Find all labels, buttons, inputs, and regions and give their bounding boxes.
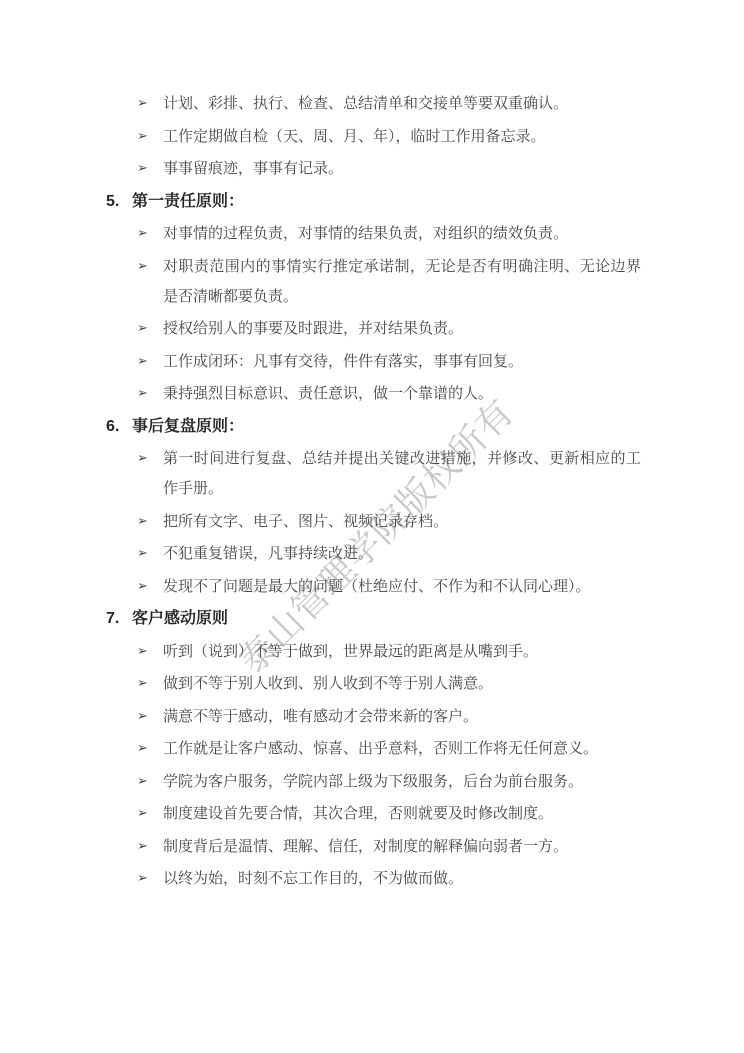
arrow-bullet-icon: ➢ xyxy=(137,734,148,764)
list-item-text: 对职责范围内的事情实行推定承诺制，无论是否有明确注明、无论边界是否清晰都要负责。 xyxy=(163,259,641,305)
list-item-text: 授权给别人的事要及时跟进，并对结果负责。 xyxy=(163,321,463,337)
arrow-bullet-icon: ➢ xyxy=(137,864,148,894)
arrow-bullet-icon: ➢ xyxy=(137,767,148,797)
list-item: ➢满意不等于感动，唯有感动才会带来新的客户。 xyxy=(106,702,641,732)
section-heading: 7.客户感动原则 xyxy=(106,604,641,634)
list-item: ➢事事留痕迹，事事有记录。 xyxy=(106,154,641,184)
arrow-bullet-icon: ➢ xyxy=(137,799,148,829)
list-item: ➢第一时间进行复盘、总结并提出关键改进措施，并修改、更新相应的工作手册。 xyxy=(106,444,641,504)
list-item-text: 听到（说到）不等于做到，世界最远的距离是从嘴到手。 xyxy=(163,644,538,660)
arrow-bullet-icon: ➢ xyxy=(137,122,148,152)
section-heading-text: 事后复盘原则： xyxy=(132,418,244,435)
list-item: ➢工作成闭环：凡事有交待，件件有落实，事事有回复。 xyxy=(106,347,641,377)
list-item-text: 事事留痕迹，事事有记录。 xyxy=(163,161,343,177)
list-item-text: 以终为始，时刻不忘工作目的，不为做而做。 xyxy=(163,871,463,887)
list-item-text: 工作就是让客户感动、惊喜、出乎意料，否则工作将无任何意义。 xyxy=(163,741,598,757)
list-item: ➢制度背后是温情、理解、信任，对制度的解释偏向弱者一方。 xyxy=(106,832,641,862)
list-item-text: 学院为客户服务，学院内部上级为下级服务，后台为前台服务。 xyxy=(163,774,583,790)
list-item-text: 计划、彩排、执行、检查、总结清单和交接单等要双重确认。 xyxy=(163,96,568,112)
arrow-bullet-icon: ➢ xyxy=(137,347,148,377)
list-item-text: 工作成闭环：凡事有交待，件件有落实，事事有回复。 xyxy=(163,354,523,370)
list-item-text: 制度背后是温情、理解、信任，对制度的解释偏向弱者一方。 xyxy=(163,839,568,855)
list-item-text: 第一时间进行复盘、总结并提出关键改进措施，并修改、更新相应的工作手册。 xyxy=(163,451,641,497)
list-item-text: 做到不等于别人收到、别人收到不等于别人满意。 xyxy=(163,676,493,692)
arrow-bullet-icon: ➢ xyxy=(137,702,148,732)
list-item: ➢不犯重复错误，凡事持续改进。 xyxy=(106,539,641,569)
document-page: 泰山管理学院版权所有 ➢计划、彩排、执行、检查、总结清单和交接单等要双重确认。 … xyxy=(0,0,744,1053)
list-item: ➢做到不等于别人收到、别人收到不等于别人满意。 xyxy=(106,669,641,699)
section-heading: 5.第一责任原则： xyxy=(106,187,641,217)
arrow-bullet-icon: ➢ xyxy=(137,444,148,474)
list-item: ➢工作就是让客户感动、惊喜、出乎意料，否则工作将无任何意义。 xyxy=(106,734,641,764)
arrow-bullet-icon: ➢ xyxy=(137,832,148,862)
arrow-bullet-icon: ➢ xyxy=(137,154,148,184)
list-item-text: 对事情的过程负责，对事情的结果负责，对组织的绩效负责。 xyxy=(163,226,568,242)
list-item-text: 发现不了问题是最大的问题（杜绝应付、不作为和不认同心理）。 xyxy=(163,579,591,595)
list-item: ➢工作定期做自检（天、周、月、年），临时工作用备忘录。 xyxy=(106,122,641,152)
section-heading-text: 客户感动原则 xyxy=(132,610,228,627)
arrow-bullet-icon: ➢ xyxy=(137,669,148,699)
section-number: 7. xyxy=(106,604,132,634)
list-item: ➢把所有文字、电子、图片、视频记录存档。 xyxy=(106,507,641,537)
arrow-bullet-icon: ➢ xyxy=(137,252,148,282)
list-item: ➢对事情的过程负责，对事情的结果负责，对组织的绩效负责。 xyxy=(106,219,641,249)
arrow-bullet-icon: ➢ xyxy=(137,637,148,667)
list-item: ➢制度建设首先要合情，其次合理，否则就要及时修改制度。 xyxy=(106,799,641,829)
section-heading: 6.事后复盘原则： xyxy=(106,412,641,442)
arrow-bullet-icon: ➢ xyxy=(137,572,148,602)
list-item: ➢以终为始，时刻不忘工作目的，不为做而做。 xyxy=(106,864,641,894)
list-item: ➢学院为客户服务，学院内部上级为下级服务，后台为前台服务。 xyxy=(106,767,641,797)
document-content: ➢计划、彩排、执行、检查、总结清单和交接单等要双重确认。 ➢工作定期做自检（天、… xyxy=(106,89,641,897)
list-item: ➢对职责范围内的事情实行推定承诺制，无论是否有明确注明、无论边界是否清晰都要负责… xyxy=(106,252,641,312)
arrow-bullet-icon: ➢ xyxy=(137,89,148,119)
list-item: ➢发现不了问题是最大的问题（杜绝应付、不作为和不认同心理）。 xyxy=(106,572,641,602)
list-item-text: 不犯重复错误，凡事持续改进。 xyxy=(163,546,373,562)
arrow-bullet-icon: ➢ xyxy=(137,219,148,249)
list-item: ➢授权给别人的事要及时跟进，并对结果负责。 xyxy=(106,314,641,344)
list-item: ➢计划、彩排、执行、检查、总结清单和交接单等要双重确认。 xyxy=(106,89,641,119)
section-number: 5. xyxy=(106,187,132,217)
list-item-text: 满意不等于感动，唯有感动才会带来新的客户。 xyxy=(163,709,478,725)
arrow-bullet-icon: ➢ xyxy=(137,379,148,409)
arrow-bullet-icon: ➢ xyxy=(137,314,148,344)
list-item-text: 把所有文字、电子、图片、视频记录存档。 xyxy=(163,514,448,530)
list-item: ➢秉持强烈目标意识、责任意识，做一个靠谱的人。 xyxy=(106,379,641,409)
arrow-bullet-icon: ➢ xyxy=(137,507,148,537)
list-item-text: 工作定期做自检（天、周、月、年），临时工作用备忘录。 xyxy=(163,129,546,145)
list-item: ➢听到（说到）不等于做到，世界最远的距离是从嘴到手。 xyxy=(106,637,641,667)
section-number: 6. xyxy=(106,412,132,442)
list-item-text: 制度建设首先要合情，其次合理，否则就要及时修改制度。 xyxy=(163,806,553,822)
section-heading-text: 第一责任原则： xyxy=(132,193,244,210)
list-item-text: 秉持强烈目标意识、责任意识，做一个靠谱的人。 xyxy=(163,386,493,402)
arrow-bullet-icon: ➢ xyxy=(137,539,148,569)
